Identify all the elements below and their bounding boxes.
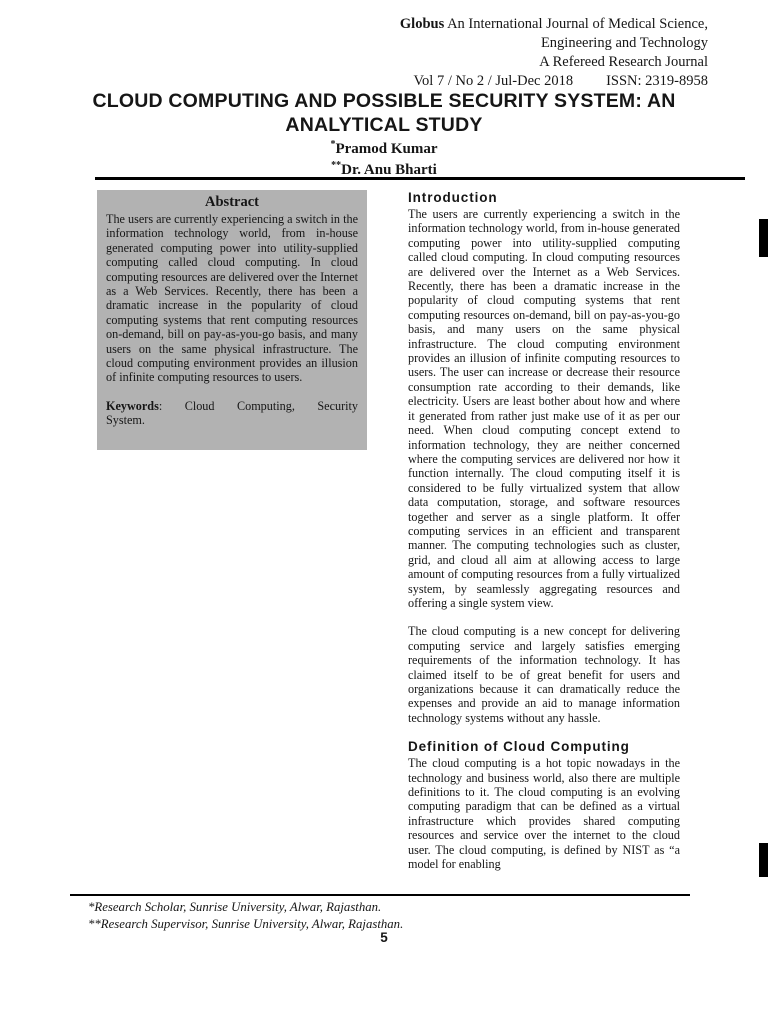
- paragraph-introduction-1: The users are currently experiencing a s…: [408, 207, 680, 610]
- paragraph-introduction-2: The cloud computing is a new concept for…: [408, 624, 680, 725]
- keywords-line: Keywords: Cloud Computing, Security Syst…: [106, 399, 358, 428]
- article-title: CLOUD COMPUTING AND POSSIBLE SECURITY SY…: [0, 89, 768, 137]
- journal-header: Globus An International Journal of Medic…: [400, 15, 708, 91]
- abstract-box: Abstract The users are currently experie…: [97, 190, 367, 450]
- journal-type: A Refereed Research Journal: [400, 53, 708, 72]
- article-title-line2: ANALYTICAL STUDY: [0, 113, 768, 137]
- author-name: Pramod Kumar: [335, 141, 437, 157]
- scan-artifact-bottom: [759, 843, 768, 877]
- paragraph-definition-1: The cloud computing is a hot topic nowad…: [408, 756, 680, 871]
- keywords-label: Keywords: [106, 399, 159, 413]
- author-list: *Pramod Kumar **Dr. Anu Bharti: [0, 139, 768, 181]
- header-divider: [95, 177, 745, 180]
- author-name: Dr. Anu Bharti: [341, 162, 437, 178]
- journal-name-rest: An International Journal of Medical Scie…: [447, 16, 708, 32]
- journal-name-line: Globus An International Journal of Medic…: [400, 15, 708, 34]
- author-primary: *Pramod Kumar: [0, 139, 768, 160]
- journal-subtitle: Engineering and Technology: [400, 34, 708, 53]
- section-heading-introduction: Introduction: [408, 190, 680, 205]
- footnotes: *Research Scholar, Sunrise University, A…: [88, 899, 403, 932]
- journal-name: Globus: [400, 16, 444, 32]
- document-page: Globus An International Journal of Medic…: [0, 0, 768, 1024]
- article-title-line1: CLOUD COMPUTING AND POSSIBLE SECURITY SY…: [0, 89, 768, 113]
- footnote-divider: [70, 894, 690, 896]
- author-marker: **: [331, 160, 341, 171]
- abstract-heading: Abstract: [106, 194, 358, 211]
- footnote-research-scholar: *Research Scholar, Sunrise University, A…: [88, 899, 403, 916]
- scan-artifact-top: [759, 219, 768, 257]
- main-column: Introduction The users are currently exp…: [408, 190, 680, 871]
- abstract-text: The users are currently experiencing a s…: [106, 212, 358, 385]
- section-heading-definition: Definition of Cloud Computing: [408, 739, 680, 754]
- page-number: 5: [0, 930, 768, 945]
